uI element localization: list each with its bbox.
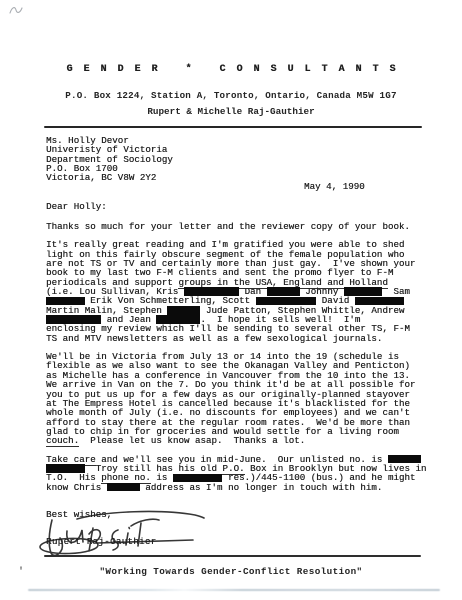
text-segment: Sam xyxy=(382,286,410,297)
paragraph: Thanks so much for your letter and the r… xyxy=(46,222,458,231)
letterhead-address: P.O. Box 1224, Station A, Toronto, Ontar… xyxy=(0,90,462,101)
body-line: TS and MTV newsletters as well as a few … xyxy=(46,334,458,343)
text-segment: address as I'm no longer in touch with h… xyxy=(140,482,383,493)
body-line: Thanks so much for your letter and the r… xyxy=(46,222,458,231)
letter-date: May 4, 1990 xyxy=(304,181,365,192)
redaction-bar xyxy=(167,306,200,315)
recipient-address-block: Ms. Holly DevorUniveristy of VictoriaDep… xyxy=(46,136,173,183)
paragraph: We'll be in Victoria from July 13 or 14 … xyxy=(46,352,458,445)
paragraph: Take care and we'll see you in mid-June.… xyxy=(46,455,458,492)
salutation: Dear Holly: xyxy=(46,201,107,212)
text-segment: TS and MTV newsletters as well as a few … xyxy=(46,333,382,344)
scanned-letter-page: GENDER * CONSULTANTS P.O. Box 1224, Stat… xyxy=(0,0,462,600)
stray-mark: ' xyxy=(18,567,24,578)
redaction-bar xyxy=(267,287,300,296)
letterhead-org-name: GENDER * CONSULTANTS xyxy=(0,64,462,75)
body-line: know Chris address as I'm no longer in t… xyxy=(46,483,458,492)
paragraph: It's really great reading and I'm gratif… xyxy=(46,240,458,343)
recipient-line: Victoria, BC V8W 2Y2 xyxy=(46,173,173,182)
footer-motto: "Working Towards Gender-Conflict Resolut… xyxy=(0,566,462,577)
letterhead-principals: Rupert & Michelle Raj-Gauthier xyxy=(0,106,462,117)
text-segment: know Chris xyxy=(46,482,107,493)
scan-edge-artifact xyxy=(28,589,440,591)
footer-divider xyxy=(44,555,421,557)
body-line: couch. Please let us know asap. Thanks a… xyxy=(46,436,458,445)
stray-pen-mark-icon xyxy=(7,3,29,17)
text-segment: Please let us know asap. Thanks a lot. xyxy=(79,435,305,446)
text-segment: Thanks so much for your letter and the r… xyxy=(46,221,410,232)
redaction-bar xyxy=(107,483,140,492)
letter-body: Thanks so much for your letter and the r… xyxy=(46,222,458,501)
underlined-text: couch. xyxy=(46,435,79,447)
handwritten-signature xyxy=(36,504,266,562)
letterhead-divider xyxy=(44,126,422,128)
